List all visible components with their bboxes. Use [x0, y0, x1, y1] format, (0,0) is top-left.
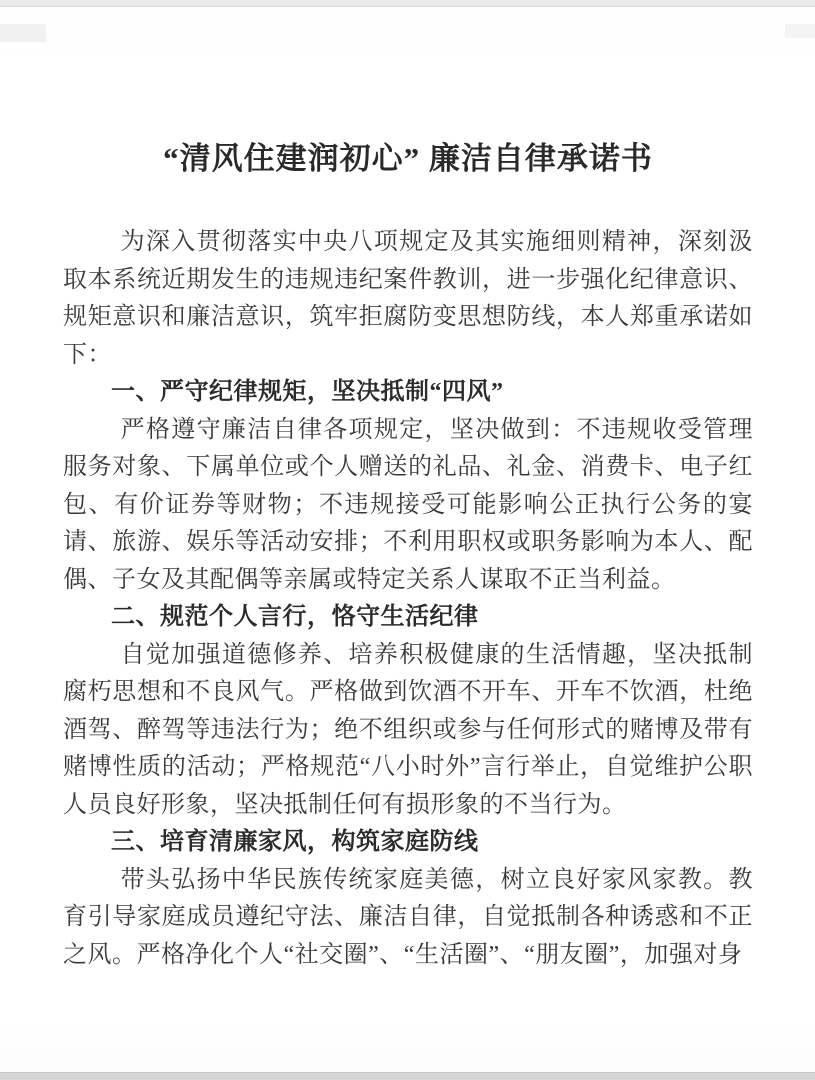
section-3-paragraph: 带头弘扬中华民族传统家庭美德，树立良好家风家教。教育引导家庭成员遵纪守法、廉洁自…: [63, 862, 753, 975]
document-content: “清风住建润初心” 廉洁自律承诺书 为深入贯彻落实中央八项规定及其实施细则精神，…: [63, 0, 753, 974]
section-3-heading: 三、培育清廉家风，构筑家庭防线: [63, 824, 753, 862]
section-1-paragraph: 严格遵守廉洁自律各项规定，坚决做到：不违规收受管理服务对象、下属单位或个人赠送的…: [63, 412, 753, 600]
section-1-heading: 一、严守纪律规矩，坚决抵制“四风”: [63, 374, 753, 412]
section-2-paragraph: 自觉加强道德修养、培养积极健康的生活情趣，坚决抵制腐朽思想和不良风气。严格做到饮…: [63, 637, 753, 825]
section-2-heading: 二、规范个人言行，恪守生活纪律: [63, 599, 753, 637]
scan-artifact-left: [0, 24, 46, 42]
document-title: “清风住建润初心” 廉洁自律承诺书: [63, 138, 753, 180]
intro-paragraph: 为深入贯彻落实中央八项规定及其实施细则精神，深刻汲取本系统近期发生的违规违纪案件…: [63, 224, 753, 374]
scan-edge-bottom: [0, 1072, 815, 1080]
scan-artifact-right: [785, 24, 815, 38]
scanned-document-page: “清风住建润初心” 廉洁自律承诺书 为深入贯彻落实中央八项规定及其实施细则精神，…: [0, 0, 815, 1080]
document-body: 为深入贯彻落实中央八项规定及其实施细则精神，深刻汲取本系统近期发生的违规违纪案件…: [63, 224, 753, 974]
